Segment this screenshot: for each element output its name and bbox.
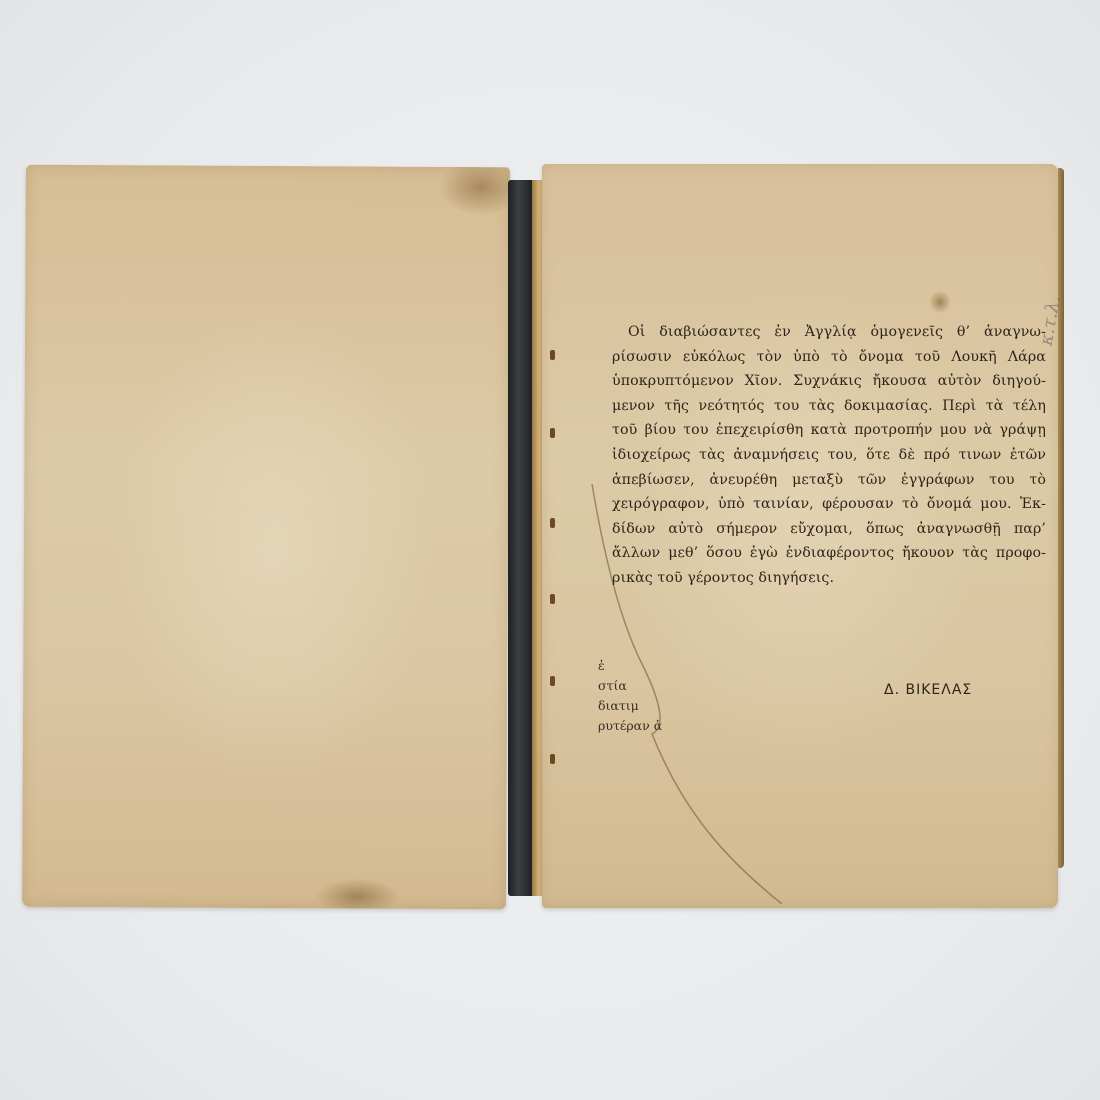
preface-line: ἰδιοχείρως τὰς ἀναμνήσεις του, ὅτε δὲ πρ… (612, 443, 1046, 468)
binding-hole (550, 428, 555, 438)
page-edge (1058, 168, 1064, 868)
preface-line: ἄλλων μεθ’ ὅσου ἐγὼ ἐνδιαφέροντος ἤκουον… (612, 541, 1046, 566)
preface-text: Οἱ διαβιώσαντες ἐν Ἀγγλίᾳ ὁμογενεῖς θ’ ἀ… (612, 320, 1046, 591)
fragment-line: διατιμ (598, 696, 662, 716)
left-page (22, 165, 510, 910)
author-signature: Δ. ΒΙΚΕΛΑΣ (884, 682, 972, 698)
preface-line: Οἱ διαβιώσαντες ἐν Ἀγγλίᾳ ὁμογενεῖς θ’ ἀ… (612, 320, 1046, 345)
binding-hole (550, 350, 555, 360)
torn-fragment-text: ἐ στία διατιμ ρυτέραν ἀ (598, 656, 662, 736)
binding-hole (550, 754, 555, 764)
fragment-line: ἐ (598, 656, 662, 676)
preface-line: ἀπεβίωσεν, ἀνευρέθη μεταξὺ τῶν ἐγγράφων … (612, 468, 1046, 493)
binding-hole (550, 518, 555, 528)
preface-line: ὑποκρυπτόμενον Χῖον. Συχνάκις ἤκουσα αὐτ… (612, 369, 1046, 394)
binding-hole (550, 594, 555, 604)
preface-line: ρίσωσιν εὐκόλως τὸν ὑπὸ τὸ ὄνομα τοῦ Λου… (612, 345, 1046, 370)
preface-line: τοῦ βίου του ἐπεχειρίσθη κατὰ προτροπήν … (612, 418, 1046, 443)
preface-line: δίδων αὐτὸ σήμερον εὔχομαι, ὅπως ἀναγνωσ… (612, 517, 1046, 542)
right-page: Οἱ διαβιώσαντες ἐν Ἀγγλίᾳ ὁμογενεῖς θ’ ἀ… (542, 164, 1058, 908)
fragment-line: στία (598, 676, 662, 696)
preface-line: μενον τῆς νεότητός του τὰς δοκιμασίας. Π… (612, 394, 1046, 419)
preface-line: ρικὰς τοῦ γέροντος διηγήσεις. (612, 566, 1046, 591)
preface-line: χειρόγραφον, ὑπὸ ταινίαν, φέρουσαν τὸ ὄν… (612, 492, 1046, 517)
fragment-line: ρυτέραν ἀ (598, 716, 662, 736)
binding-hole (550, 676, 555, 686)
